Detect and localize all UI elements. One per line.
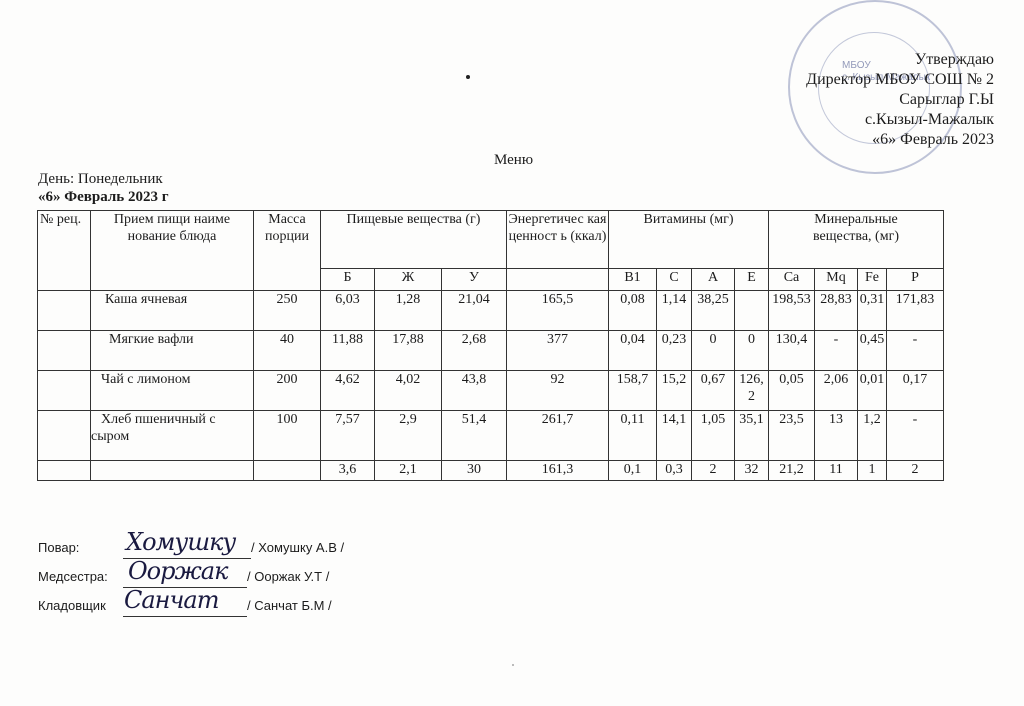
cell-portion: 250 [254,291,321,331]
approval-line-5: «6» Февраль 2023 [806,130,994,150]
approval-line-1: Утверждаю [806,50,994,70]
subheader-p: P [887,269,944,291]
cell-e: 32 [735,461,769,481]
cell-b1: 0,11 [609,411,657,461]
subheader-fe: Fe [858,269,887,291]
cell-c: 14,1 [657,411,692,461]
cell-carbs: 51,4 [442,411,507,461]
table-row: Хлеб пшеничный с сыром 100 7,57 2,9 51,4… [38,411,944,461]
cell-carbs: 43,8 [442,371,507,411]
cell-fat: 17,88 [375,331,442,371]
cell-fe: 0,31 [858,291,887,331]
signatory-name: / Хомушку А.В / [251,540,344,555]
cell-e: 0 [735,331,769,371]
cell-p: 2 [887,461,944,481]
cell-meal-name: Мягкие вафли [91,331,254,371]
cell-e [735,291,769,331]
table-header-row: № рец. Прием пищи наиме нование блюда Ма… [38,211,944,269]
cell-mq: 11 [815,461,858,481]
cell-protein: 3,6 [321,461,375,481]
cell-e: 35,1 [735,411,769,461]
cell-recipe-no [38,411,91,461]
cell-e: 126, 2 [735,371,769,411]
cell-protein: 4,62 [321,371,375,411]
cell-meal-name: Каша ячневая [91,291,254,331]
subheader-energy-blank [507,269,609,291]
header-portion: Масса порции [254,211,321,291]
cell-fe: 0,45 [858,331,887,371]
header-meal-name: Прием пищи наиме нование блюда [91,211,254,291]
cell-energy: 377 [507,331,609,371]
approval-line-3: Сарыглар Г.Ы [806,90,994,110]
header-minerals: Минеральные вещества, (мг) [769,211,944,269]
cell-meal-name: Чай с лимоном [91,371,254,411]
subheader-carbs: У [442,269,507,291]
handwritten-signature: Хомушку [126,528,235,556]
cell-recipe-no [38,331,91,371]
cell-ca: 198,53 [769,291,815,331]
cell-p: 0,17 [887,371,944,411]
stray-dot [466,75,470,79]
cell-ca: 23,5 [769,411,815,461]
cell-recipe-no [38,461,91,481]
cell-portion: 100 [254,411,321,461]
table-row: Каша ячневая 250 6,03 1,28 21,04 165,5 0… [38,291,944,331]
cell-fe: 1,2 [858,411,887,461]
handwritten-signature: Ооржак [128,557,227,585]
cell-mq: 28,83 [815,291,858,331]
cell-c: 15,2 [657,371,692,411]
table-row: Мягкие вафли 40 11,88 17,88 2,68 377 0,0… [38,331,944,371]
menu-table: № рец. Прием пищи наиме нование блюда Ма… [37,210,944,481]
subheader-fat: Ж [375,269,442,291]
cell-energy: 92 [507,371,609,411]
subheader-protein: Б [321,269,375,291]
subheader-a: A [692,269,735,291]
cell-fat: 1,28 [375,291,442,331]
cell-mq: 13 [815,411,858,461]
cell-b1: 0,08 [609,291,657,331]
table-row: Чай с лимоном 200 4,62 4,02 43,8 92 158,… [38,371,944,411]
header-vitamins: Витамины (мг) [609,211,769,269]
header-energy: Энергетичес кая ценност ь (ккал) [507,211,609,269]
cell-fe: 0,01 [858,371,887,411]
cell-p: - [887,331,944,371]
cell-energy: 165,5 [507,291,609,331]
cell-meal-name [91,461,254,481]
stray-mark [512,664,514,666]
cell-b1: 0,04 [609,331,657,371]
cell-a: 0 [692,331,735,371]
cell-c: 0,3 [657,461,692,481]
day-label: День: Понедельник [38,171,163,188]
subheader-c: C [657,269,692,291]
subheader-ca: Ca [769,269,815,291]
cell-carbs: 2,68 [442,331,507,371]
cell-mq: - [815,331,858,371]
cell-energy: 161,3 [507,461,609,481]
signature-role: Медсестра: [38,569,108,584]
approval-block: Утверждаю Директор МБОУ СОШ № 2 Сарыглар… [806,50,994,150]
cell-mq: 2,06 [815,371,858,411]
cell-a: 2 [692,461,735,481]
approval-line-2: Директор МБОУ СОШ № 2 [806,70,994,90]
subheader-b1: B1 [609,269,657,291]
cell-recipe-no [38,291,91,331]
cell-protein: 6,03 [321,291,375,331]
date-label: «6» Февраль 2023 г [38,189,169,206]
cell-ca: 21,2 [769,461,815,481]
cell-a: 0,67 [692,371,735,411]
cell-carbs: 21,04 [442,291,507,331]
cell-energy: 261,7 [507,411,609,461]
cell-a: 38,25 [692,291,735,331]
cell-ca: 0,05 [769,371,815,411]
subheader-mq: Mq [815,269,858,291]
header-recipe-no: № рец. [38,211,91,291]
cell-b1: 0,1 [609,461,657,481]
cell-fat: 2,1 [375,461,442,481]
signatory-name: / Санчат Б.М / [247,598,332,613]
cell-portion [254,461,321,481]
cell-portion: 200 [254,371,321,411]
cell-p: 171,83 [887,291,944,331]
cell-a: 1,05 [692,411,735,461]
cell-recipe-no [38,371,91,411]
table-row-totals: 3,6 2,1 30 161,3 0,1 0,3 2 32 21,2 11 1 … [38,461,944,481]
signature-role: Повар: [38,540,79,555]
cell-ca: 130,4 [769,331,815,371]
header-nutrients: Пищевые вещества (г) [321,211,507,269]
cell-protein: 11,88 [321,331,375,371]
cell-fe: 1 [858,461,887,481]
cell-meal-name: Хлеб пшеничный с сыром [91,411,254,461]
cell-fat: 2,9 [375,411,442,461]
approval-line-4: с.Кызыл-Мажалык [806,110,994,130]
cell-c: 1,14 [657,291,692,331]
cell-c: 0,23 [657,331,692,371]
cell-p: - [887,411,944,461]
subheader-e: E [735,269,769,291]
signature-role: Кладовщик [38,598,106,613]
signatory-name: / Ооржак У.Т / [247,569,329,584]
handwritten-signature: Санчат [124,586,218,614]
cell-protein: 7,57 [321,411,375,461]
cell-b1: 158,7 [609,371,657,411]
document-title: Меню [494,152,533,169]
cell-carbs: 30 [442,461,507,481]
cell-portion: 40 [254,331,321,371]
cell-fat: 4,02 [375,371,442,411]
